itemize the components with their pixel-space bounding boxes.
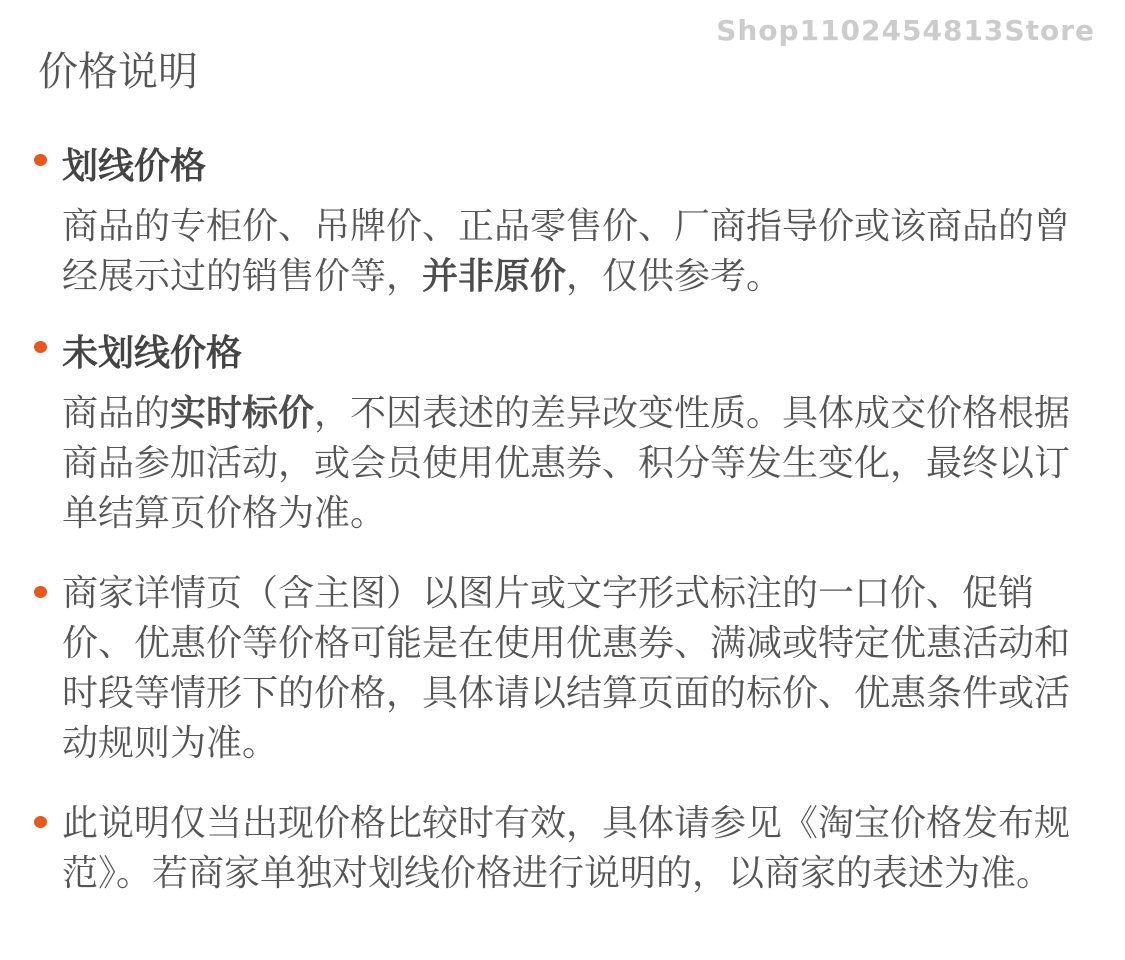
bullet-dot-icon	[34, 341, 47, 353]
section-text-line: 时段等情形下的价格，具体请以结算页面的标价、优惠条件或活	[62, 668, 1095, 718]
section-text-line: 范》。若商家单独对划线价格进行说明的，以商家的表述为准。	[62, 848, 1095, 898]
bullet-dot-icon	[34, 816, 47, 828]
shop-watermark: Shop1102454813Store	[716, 14, 1095, 47]
section-text-line: 商品的专柜价、吊牌价、正品零售价、厂商指导价或该商品的曾	[62, 201, 1095, 251]
section-text-line: 价、优惠价等价格可能是在使用优惠券、满减或特定优惠活动和	[62, 618, 1095, 668]
notice-section: 商家详情页（含主图）以图片或文字形式标注的一口价、促销价、优惠价等价格可能是在使…	[38, 568, 1095, 768]
section-text-line: 商品的实时标价，不因表述的差异改变性质。具体成交价格根据	[62, 388, 1095, 438]
page-title: 价格说明	[38, 50, 1125, 94]
section-text-line: 动规则为准。	[62, 718, 1095, 768]
section-text-line: 商品参加活动，或会员使用优惠券、积分等发生变化，最终以订	[62, 438, 1095, 488]
notice-section: 未划线价格商品的实时标价，不因表述的差异改变性质。具体成交价格根据商品参加活动，…	[38, 331, 1095, 538]
notice-sections: 划线价格商品的专柜价、吊牌价、正品零售价、厂商指导价或该商品的曾经展示过的销售价…	[0, 144, 1125, 898]
bullet-dot-icon	[34, 586, 47, 598]
section-text-line: 商家详情页（含主图）以图片或文字形式标注的一口价、促销	[62, 568, 1095, 618]
notice-section: 此说明仅当出现价格比较时有效，具体请参见《淘宝价格发布规范》。若商家单独对划线价…	[38, 798, 1095, 898]
bullet-dot-icon	[34, 154, 47, 166]
price-notice-page: Shop1102454813Store 价格说明 划线价格商品的专柜价、吊牌价、…	[0, 0, 1125, 960]
notice-section: 划线价格商品的专柜价、吊牌价、正品零售价、厂商指导价或该商品的曾经展示过的销售价…	[38, 144, 1095, 301]
section-text-line: 经展示过的销售价等，并非原价，仅供参考。	[62, 251, 1095, 301]
section-heading: 划线价格	[62, 144, 1095, 188]
section-text-line: 此说明仅当出现价格比较时有效，具体请参见《淘宝价格发布规	[62, 798, 1095, 848]
section-heading: 未划线价格	[62, 331, 1095, 375]
section-text-line: 单结算页价格为准。	[62, 488, 1095, 538]
